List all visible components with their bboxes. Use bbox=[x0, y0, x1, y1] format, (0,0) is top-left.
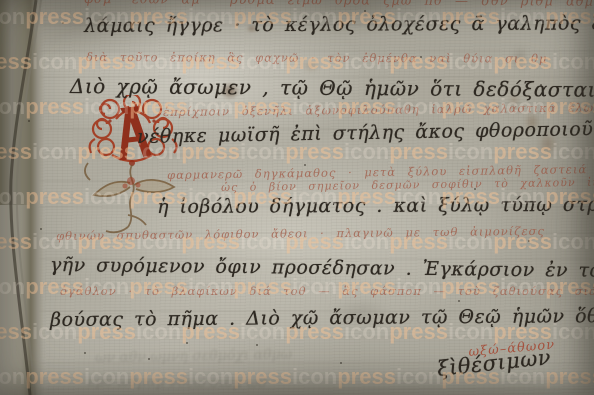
manuscript-photo: λάμαις ἤγγρε · τὸ κέγλος ὀλοχέσες ᾱ γαλη… bbox=[0, 0, 594, 395]
photo-vignette bbox=[0, 0, 594, 395]
